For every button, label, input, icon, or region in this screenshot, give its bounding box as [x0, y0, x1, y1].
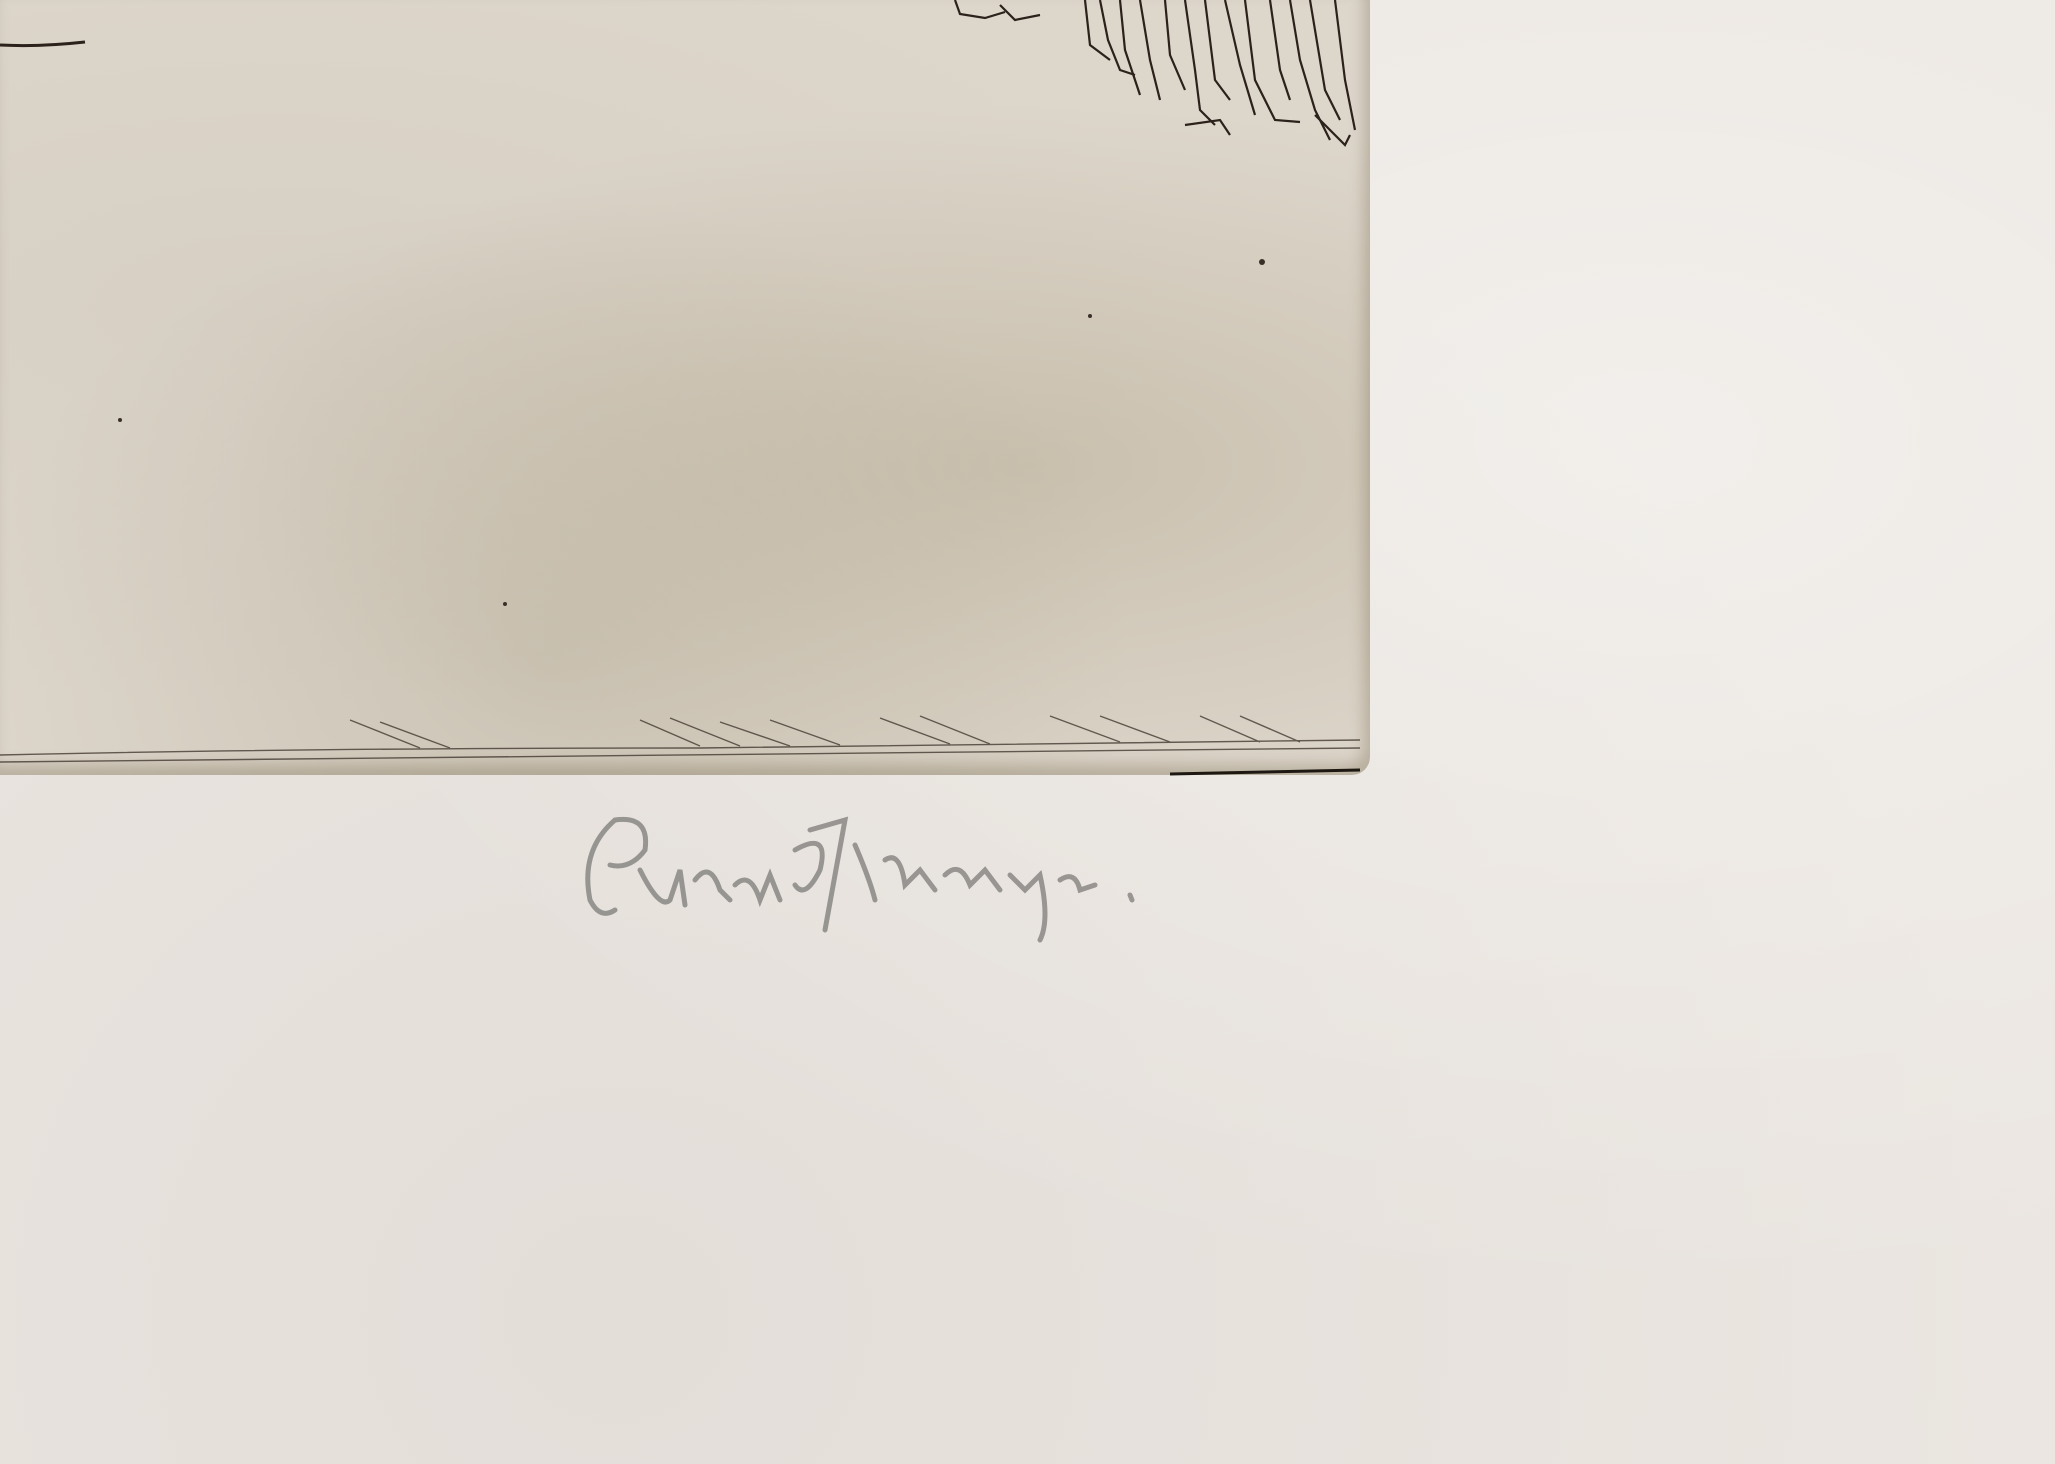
plate-edge-hatching — [0, 716, 1360, 762]
pencil-signature — [570, 790, 1350, 960]
ink-specks — [118, 259, 1265, 606]
hatching-strokes — [955, 0, 1355, 145]
etching-lines — [0, 0, 2055, 1464]
